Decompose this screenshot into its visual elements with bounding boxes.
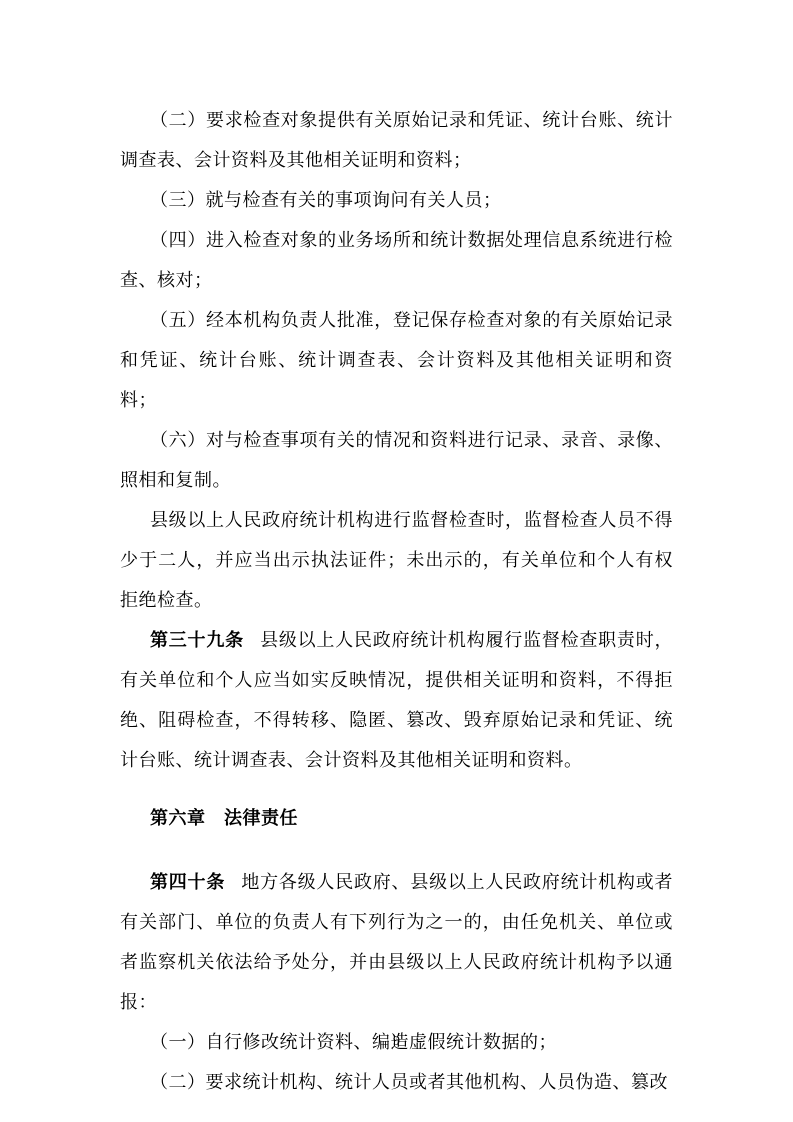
- document-body: （二）要求检查对象提供有关原始记录和凭证、统计台账、统计调查表、会计资料及其他相…: [120, 100, 673, 1102]
- paragraph: （六）对与检查事项有关的情况和资料进行记录、录音、录像、照相和复制。: [120, 420, 673, 500]
- paragraph-article-40: 第四十条地方各级人民政府、县级以上人民政府统计机构或者有关部门、单位的负责人有下…: [120, 862, 673, 1022]
- paragraph: 县级以上人民政府统计机构进行监督检查时，监督检查人员不得少于二人，并应当出示执法…: [120, 500, 673, 620]
- article-number: 第三十九条: [150, 630, 244, 650]
- paragraph-text: （六）对与检查事项有关的情况和资料进行记录、录音、录像、照相和复制。: [120, 430, 673, 490]
- paragraph-text: （四）进入检查对象的业务场所和统计数据处理信息系统进行检查、核对；: [120, 230, 673, 290]
- document-page: （二）要求检查对象提供有关原始记录和凭证、统计台账、统计调查表、会计资料及其他相…: [0, 0, 793, 1122]
- page-number: 9: [0, 1032, 793, 1052]
- paragraph: （三）就与检查有关的事项询问有关人员；: [120, 180, 673, 220]
- chapter-heading: 第六章 法律责任: [120, 798, 673, 838]
- paragraph-text: （二）要求检查对象提供有关原始记录和凭证、统计台账、统计调查表、会计资料及其他相…: [120, 110, 673, 170]
- paragraph: （二）要求统计机构、统计人员或者其他机构、人员伪造、篡改: [120, 1062, 673, 1102]
- paragraph-text: 地方各级人民政府、县级以上人民政府统计机构或者有关部门、单位的负责人有下列行为之…: [120, 872, 673, 1012]
- paragraph-text: 县级以上人民政府统计机构进行监督检查时，监督检查人员不得少于二人，并应当出示执法…: [120, 510, 673, 610]
- paragraph-article-39: 第三十九条县级以上人民政府统计机构履行监督检查职责时，有关单位和个人应当如实反映…: [120, 620, 673, 780]
- paragraph: （五）经本机构负责人批准，登记保存检查对象的有关原始记录和凭证、统计台账、统计调…: [120, 300, 673, 420]
- article-number: 第四十条: [150, 872, 225, 892]
- paragraph-text: （二）要求统计机构、统计人员或者其他机构、人员伪造、篡改: [150, 1072, 668, 1092]
- paragraph-text: （三）就与检查有关的事项询问有关人员；: [150, 190, 502, 210]
- paragraph: （四）进入检查对象的业务场所和统计数据处理信息系统进行检查、核对；: [120, 220, 673, 300]
- paragraph-text: 县级以上人民政府统计机构履行监督检查职责时，有关单位和个人应当如实反映情况，提供…: [120, 630, 673, 770]
- paragraph-text: （五）经本机构负责人批准，登记保存检查对象的有关原始记录和凭证、统计台账、统计调…: [120, 310, 673, 410]
- paragraph: （二）要求检查对象提供有关原始记录和凭证、统计台账、统计调查表、会计资料及其他相…: [120, 100, 673, 180]
